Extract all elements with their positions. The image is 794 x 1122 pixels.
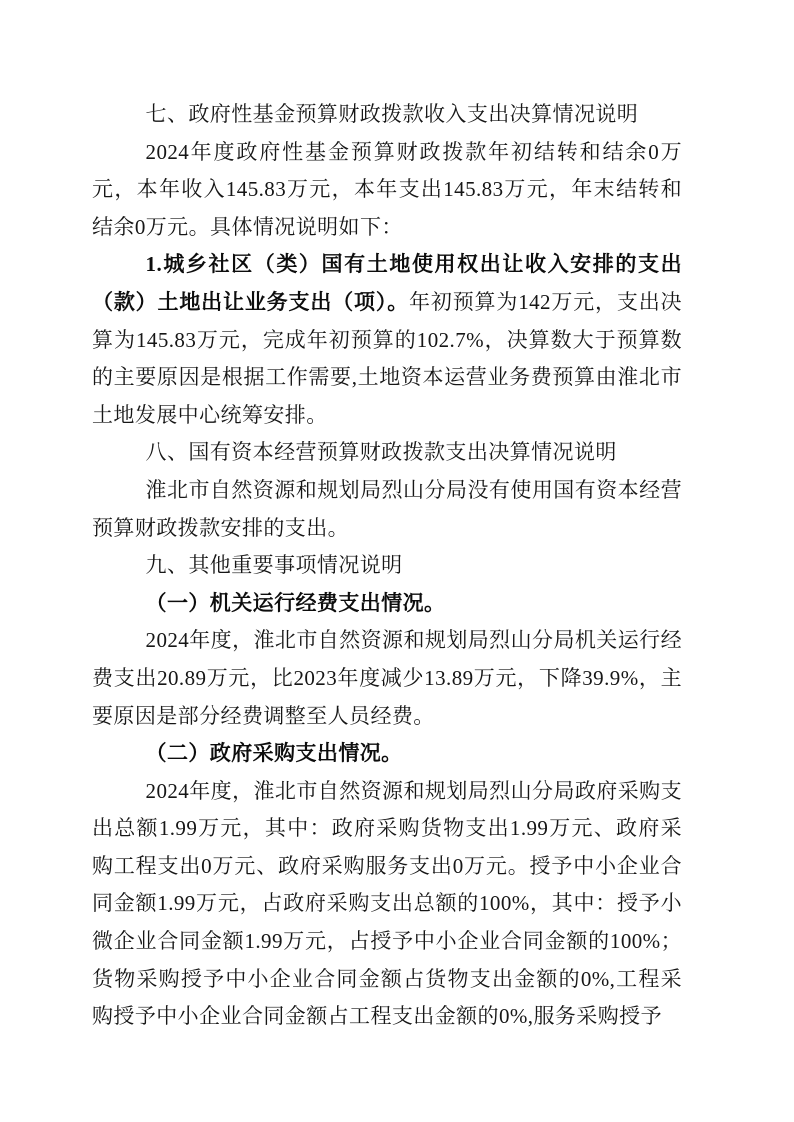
section-8-heading: 八、国有资本经营预算财政拨款支出决算情况说明 [92, 434, 682, 472]
section-7-item-1-paragraph: 1.城乡社区（类）国有土地使用权出让收入安排的支出（款）土地出让业务支出（项）。… [92, 246, 682, 434]
section-9-sub-1-heading: （一）机关运行经费支出情况。 [92, 585, 682, 623]
section-9-sub-2-heading: （二）政府采购支出情况。 [92, 735, 682, 773]
section-9-sub-1-body-paragraph: 2024年度，淮北市自然资源和规划局烈山分局机关运行经费支出20.89万元，比2… [92, 622, 682, 735]
section-7-heading: 七、政府性基金预算财政拨款收入支出决算情况说明 [92, 96, 682, 134]
section-9-heading: 九、其他重要事项情况说明 [92, 547, 682, 585]
document-body: 七、政府性基金预算财政拨款收入支出决算情况说明2024年度政府性基金预算财政拨款… [92, 96, 682, 1036]
section-9-sub-2-body-paragraph: 2024年度，淮北市自然资源和规划局烈山分局政府采购支出总额1.99万元，其中：… [92, 773, 682, 1036]
section-8-body-paragraph: 淮北市自然资源和规划局烈山分局没有使用国有资本经营预算财政拨款安排的支出。 [92, 472, 682, 547]
section-7-summary-paragraph: 2024年度政府性基金预算财政拨款年初结转和结余0万元，本年收入145.83万元… [92, 134, 682, 247]
document-page: 七、政府性基金预算财政拨款收入支出决算情况说明2024年度政府性基金预算财政拨款… [0, 0, 794, 1122]
